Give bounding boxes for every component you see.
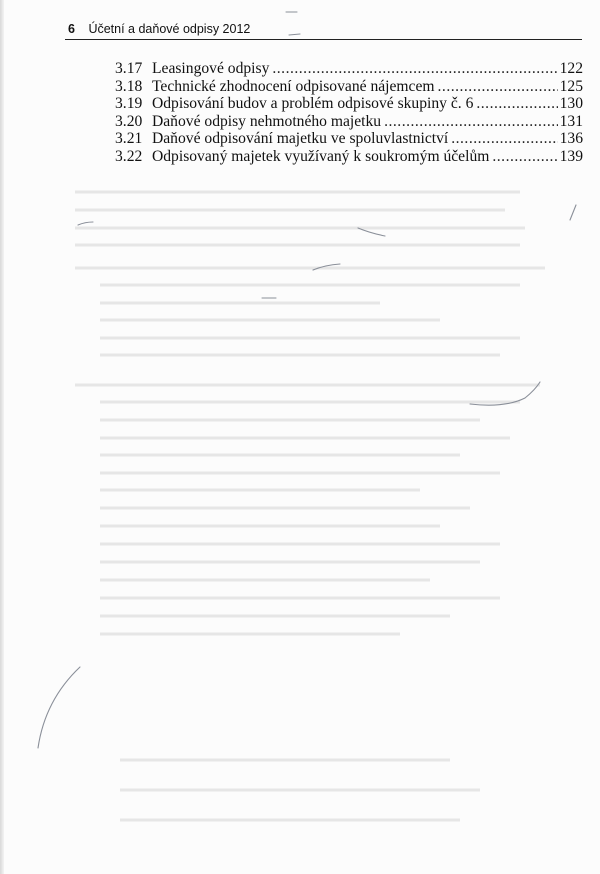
toc-entry-title: Daňové odpisy nehmotného majetku (152, 113, 384, 131)
toc-entry-title: Technické zhodnocení odpisované nájemcem (152, 78, 438, 96)
toc-entry-number: 3.18 (115, 78, 152, 96)
table-of-contents: 3.17 Leasingové odpisy 122 3.18 Technick… (115, 60, 583, 165)
toc-entry-title: Odpisovaný majetek využívaný k soukromým… (152, 148, 492, 166)
scanned-page: 6 Účetní a daňové odpisy 2012 3.17 Leasi… (0, 0, 600, 874)
toc-entry-number: 3.22 (115, 148, 152, 166)
toc-entry-number: 3.20 (115, 113, 152, 131)
toc-entry-title: Leasingové odpisy (152, 60, 272, 78)
toc-entry-page: 136 (558, 130, 583, 148)
toc-entry-page: 122 (558, 60, 583, 78)
toc-entry-page: 131 (558, 113, 583, 131)
toc-entry: 3.22 Odpisovaný majetek využívaný k souk… (115, 148, 583, 166)
toc-entry: 3.17 Leasingové odpisy 122 (115, 60, 583, 78)
toc-entry-page: 130 (558, 95, 583, 113)
toc-entry: 3.19 Odpisování budov a problém odpisové… (115, 95, 583, 113)
toc-entry-page: 139 (558, 148, 583, 166)
dot-leader (272, 60, 557, 78)
dot-leader (476, 95, 557, 113)
book-title: Účetní a daňové odpisy 2012 (88, 22, 250, 36)
toc-entry: 3.21 Daňové odpisování majetku ve spoluv… (115, 130, 583, 148)
toc-entry-number: 3.19 (115, 95, 152, 113)
toc-entry: 3.18 Technické zhodnocení odpisované náj… (115, 78, 583, 96)
toc-entry-title: Daňové odpisování majetku ve spoluvlastn… (152, 130, 451, 148)
dot-leader (492, 148, 557, 166)
dot-leader (451, 130, 557, 148)
dot-leader (384, 113, 558, 131)
toc-entry: 3.20 Daňové odpisy nehmotného majetku 13… (115, 113, 583, 131)
page-number: 6 (68, 22, 75, 36)
toc-entry-number: 3.21 (115, 130, 152, 148)
page-edge-shadow (0, 0, 4, 874)
toc-entry-page: 125 (558, 78, 583, 96)
toc-entry-title: Odpisování budov a problém odpisové skup… (152, 95, 476, 113)
dot-leader (438, 78, 558, 96)
toc-entry-number: 3.17 (115, 60, 152, 78)
header-rule (65, 39, 582, 40)
running-head: 6 Účetní a daňové odpisy 2012 (68, 22, 250, 36)
